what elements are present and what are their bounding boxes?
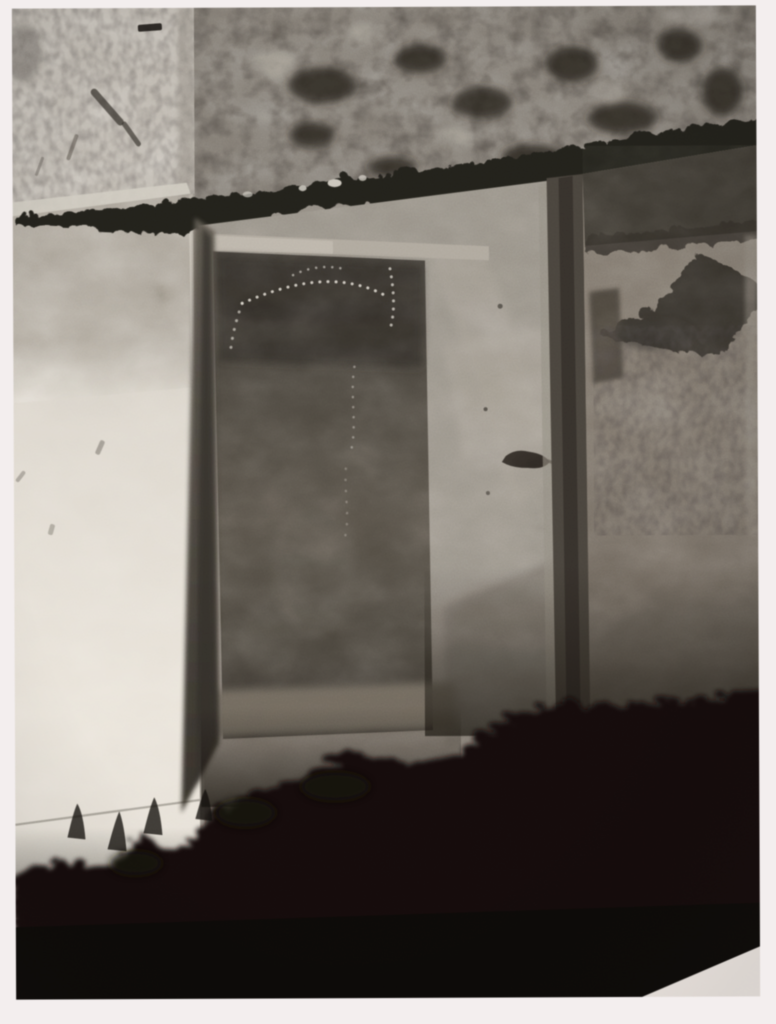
photo-canvas xyxy=(12,5,760,999)
vignette xyxy=(12,5,760,999)
photograph xyxy=(12,5,760,999)
scanned-photo-page xyxy=(0,0,776,1024)
